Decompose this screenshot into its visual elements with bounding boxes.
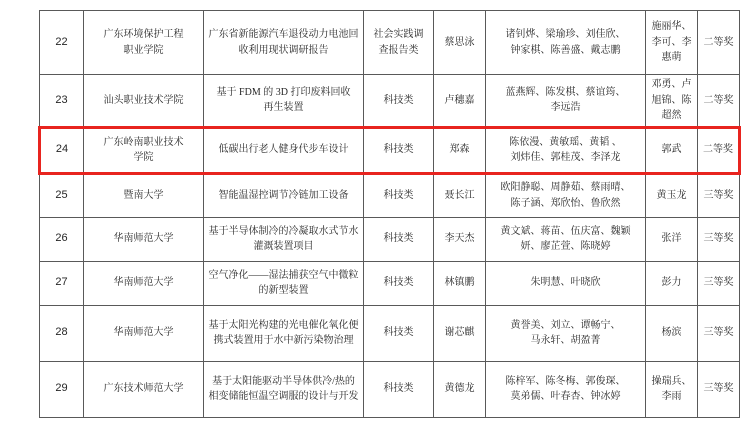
cell-no: 22	[40, 11, 84, 75]
cell-category: 社会实践调 查报告类	[364, 11, 434, 75]
cell-category: 科技类	[364, 75, 434, 128]
cell-members: 朱明慧、叶晓欣	[486, 261, 646, 305]
cell-no: 28	[40, 305, 84, 361]
cell-category: 科技类	[364, 127, 434, 173]
cell-leader: 蔡思泳	[434, 11, 486, 75]
cell-members: 诸钊烨、梁瑜珍、刘佳欣、 钟家棋、陈善盛、戴志鹏	[486, 11, 646, 75]
cell-school: 华南师范大学	[84, 261, 204, 305]
table-row: 29广东技术师范大学基于太阳能驱动半导体供冷/热的 相变储能恒温空调服的设计与开…	[40, 361, 740, 417]
cell-leader: 李天杰	[434, 217, 486, 261]
cell-advisors: 杨滨	[646, 305, 698, 361]
cell-title: 基于太阳光构建的光电催化氧化便 携式装置用于水中新污染物治理	[204, 305, 364, 361]
cell-advisors: 施丽华、 李可、李 惠萌	[646, 11, 698, 75]
cell-advisors: 邓勇、卢 旭锦、陈 超然	[646, 75, 698, 128]
cell-school: 广东岭南职业技术 学院	[84, 127, 204, 173]
cell-advisors: 郭武	[646, 127, 698, 173]
cell-leader: 郑森	[434, 127, 486, 173]
cell-school: 暨南大学	[84, 173, 204, 217]
cell-no: 27	[40, 261, 84, 305]
cell-title: 广东省新能源汽车退役动力电池回 收利用现状调研报告	[204, 11, 364, 75]
cell-award: 三等奖	[698, 173, 740, 217]
cell-no: 29	[40, 361, 84, 417]
table-row: 22广东环境保护工程 职业学院广东省新能源汽车退役动力电池回 收利用现状调研报告…	[40, 11, 740, 75]
cell-title: 低碳出行老人健身代步车设计	[204, 127, 364, 173]
cell-category: 科技类	[364, 305, 434, 361]
cell-school: 华南师范大学	[84, 217, 204, 261]
cell-category: 科技类	[364, 217, 434, 261]
cell-award: 三等奖	[698, 217, 740, 261]
table-row: 26华南师范大学基于半导体制冷的冷凝取水式节水 灌溉装置项目科技类李天杰黄文斌、…	[40, 217, 740, 261]
cell-leader: 黄德龙	[434, 361, 486, 417]
cell-no: 25	[40, 173, 84, 217]
cell-category: 科技类	[364, 173, 434, 217]
table-row: 23汕头职业技术学院基于 FDM 的 3D 打印废料回收 再生装置科技类卢穗嘉蓝…	[40, 75, 740, 128]
cell-title: 智能温湿控调节冷链加工设备	[204, 173, 364, 217]
cell-award: 二等奖	[698, 75, 740, 128]
cell-leader: 谢芯麒	[434, 305, 486, 361]
cell-title: 基于 FDM 的 3D 打印废料回收 再生装置	[204, 75, 364, 128]
cell-no: 24	[40, 127, 84, 173]
document-page: 22广东环境保护工程 职业学院广东省新能源汽车退役动力电池回 收利用现状调研报告…	[0, 0, 750, 418]
cell-title: 基于太阳能驱动半导体供冷/热的 相变储能恒温空调服的设计与开发	[204, 361, 364, 417]
cell-leader: 卢穗嘉	[434, 75, 486, 128]
cell-award: 三等奖	[698, 361, 740, 417]
cell-advisors: 操瑞兵、 李雨	[646, 361, 698, 417]
cell-members: 黄文斌、蒋苗、伍庆富、魏颖 妍、廖芷萱、陈晓婷	[486, 217, 646, 261]
cell-school: 汕头职业技术学院	[84, 75, 204, 128]
cell-leader: 聂长江	[434, 173, 486, 217]
cell-members: 黄誉美、刘立、谭畅宁、 马永轩、胡盈菁	[486, 305, 646, 361]
cell-title: 空气净化——湿法捕获空气中微粒 的新型装置	[204, 261, 364, 305]
cell-category: 科技类	[364, 361, 434, 417]
cell-leader: 林镇鹏	[434, 261, 486, 305]
cell-award: 二等奖	[698, 127, 740, 173]
cell-award: 二等奖	[698, 11, 740, 75]
cell-members: 欧阳静聪、周静茹、蔡雨晴、 陈子涵、郑欣怡、鲁欣然	[486, 173, 646, 217]
cell-title: 基于半导体制冷的冷凝取水式节水 灌溉装置项目	[204, 217, 364, 261]
cell-school: 华南师范大学	[84, 305, 204, 361]
table-row: 25暨南大学智能温湿控调节冷链加工设备科技类聂长江欧阳静聪、周静茹、蔡雨晴、 陈…	[40, 173, 740, 217]
cell-award: 三等奖	[698, 305, 740, 361]
cell-advisors: 彭力	[646, 261, 698, 305]
table-row: 27华南师范大学空气净化——湿法捕获空气中微粒 的新型装置科技类林镇鹏朱明慧、叶…	[40, 261, 740, 305]
cell-advisors: 张洋	[646, 217, 698, 261]
cell-award: 三等奖	[698, 261, 740, 305]
cell-members: 蓝燕辉、陈发棋、蔡谊筠、 李远浩	[486, 75, 646, 128]
cell-no: 23	[40, 75, 84, 128]
cell-advisors: 黄玉龙	[646, 173, 698, 217]
cell-school: 广东技术师范大学	[84, 361, 204, 417]
cell-school: 广东环境保护工程 职业学院	[84, 11, 204, 75]
cell-members: 陈梓军、陈冬梅、郭俊琛、 莫弟儒、叶春杏、钟冰婷	[486, 361, 646, 417]
awards-table: 22广东环境保护工程 职业学院广东省新能源汽车退役动力电池回 收利用现状调研报告…	[38, 10, 741, 418]
awards-table-body: 22广东环境保护工程 职业学院广东省新能源汽车退役动力电池回 收利用现状调研报告…	[40, 11, 740, 418]
cell-no: 26	[40, 217, 84, 261]
cell-members: 陈依漫、黄敏瑶、黄韬 、 刘炜佳、郭桂茂、李泽龙	[486, 127, 646, 173]
table-row: 28华南师范大学基于太阳光构建的光电催化氧化便 携式装置用于水中新污染物治理科技…	[40, 305, 740, 361]
highlighted-table-row: 24广东岭南职业技术 学院低碳出行老人健身代步车设计科技类郑森陈依漫、黄敏瑶、黄…	[40, 127, 740, 173]
cell-category: 科技类	[364, 261, 434, 305]
